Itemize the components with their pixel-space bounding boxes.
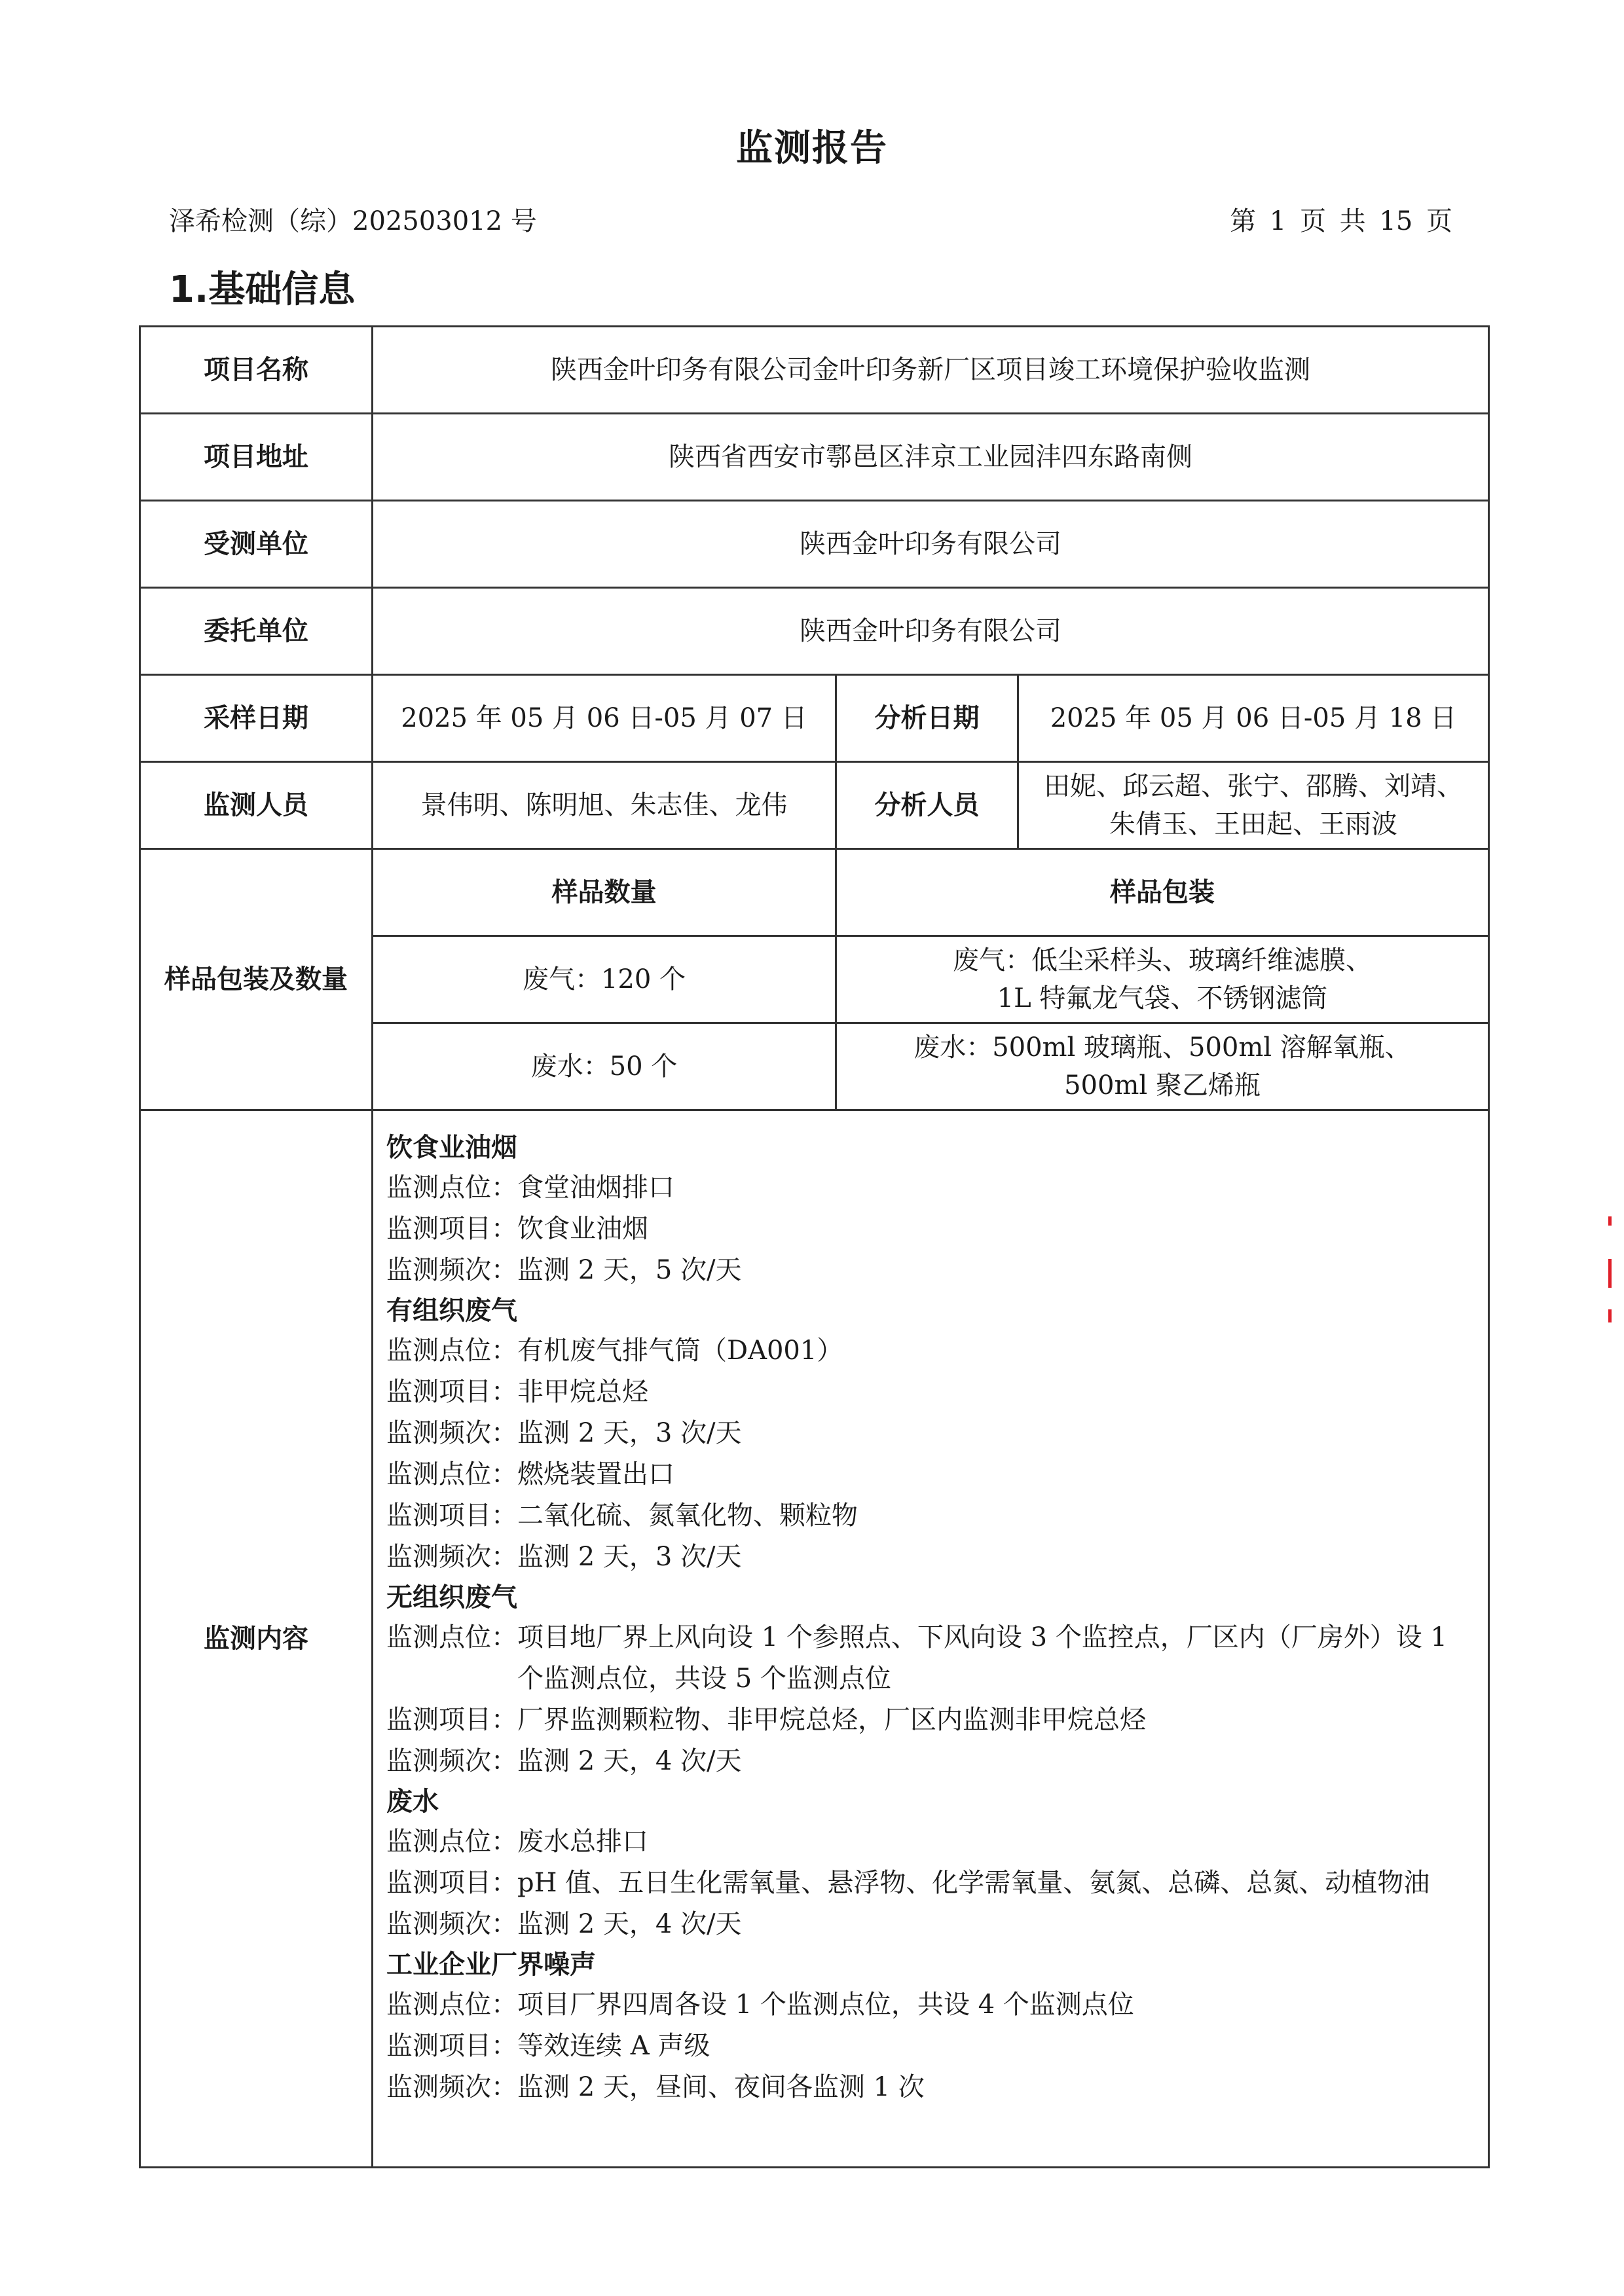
content-line-key: 监测频次： [386,1537,517,1578]
label-monitoring-staff: 监测人员 [140,762,373,849]
row-project-name: 项目名称 陕西金叶印务有限公司金叶印务新厂区项目竣工环境保护验收监测 [140,327,1489,414]
content-line-value: 废水总排口 [517,1821,1475,1863]
sample-gas-quantity: 废气：120 个 [373,936,836,1023]
content-line-key: 监测项目： [386,1495,517,1537]
content-line-key: 监测项目： [386,1209,517,1250]
row-staff: 监测人员 景伟明、陈明旭、朱志佳、龙伟 分析人员 田妮、邱云超、张宁、邵腾、刘靖… [140,762,1489,849]
content-line-key: 监测点位： [386,1617,517,1700]
label-analysis-date: 分析日期 [836,675,1018,762]
content-line-value: 监测 2 天，4 次/天 [517,1741,1475,1782]
content-line: 监测点位：项目地厂界上风向设 1 个参照点、下风向设 3 个监控点，厂区内（厂房… [386,1617,1475,1700]
value-project-address: 陕西省西安市鄠邑区沣京工业园沣四东路南侧 [373,414,1489,501]
value-tested-unit: 陕西金叶印务有限公司 [373,501,1489,588]
content-line-key: 监测频次： [386,1741,517,1782]
content-line: 监测点位：燃烧装置出口 [386,1454,1475,1495]
content-line-value: 二氧化硫、氮氧化物、颗粒物 [517,1495,1475,1537]
sample-water-packaging-line2: 500ml 聚乙烯瓶 [843,1066,1481,1104]
edge-mark [1608,1259,1612,1288]
content-line: 监测频次：监测 2 天，3 次/天 [386,1537,1475,1578]
label-sampling-date: 采样日期 [140,675,373,762]
row-dates: 采样日期 2025 年 05 月 06 日-05 月 07 日 分析日期 202… [140,675,1489,762]
content-line-value: 食堂油烟排口 [517,1167,1475,1209]
content-line-value: 饮食业油烟 [517,1209,1475,1250]
content-line: 监测频次：监测 2 天，3 次/天 [386,1413,1475,1454]
section-heading: 1.基础信息 [169,261,355,313]
label-client-unit: 委托单位 [140,588,373,675]
label-analysis-staff: 分析人员 [836,762,1018,849]
content-line-value: 等效连续 A 声级 [517,2026,1475,2067]
content-line-value: 监测 2 天，昼间、夜间各监测 1 次 [517,2067,1475,2108]
content-groups: 饮食业油烟监测点位：食堂油烟排口监测项目：饮食业油烟监测频次：监测 2 天，5 … [386,1128,1475,2108]
label-project-name: 项目名称 [140,327,373,414]
content-line-key: 监测项目： [386,1700,517,1741]
label-content: 监测内容 [140,1110,373,2168]
row-project-address: 项目地址 陕西省西安市鄠邑区沣京工业园沣四东路南侧 [140,414,1489,501]
edge-mark [1608,1216,1612,1226]
edge-mark [1608,1309,1612,1322]
content-line-key: 监测项目： [386,2026,517,2067]
content-line: 监测项目：非甲烷总烃 [386,1372,1475,1413]
content-line: 监测项目：二氧化硫、氮氧化物、颗粒物 [386,1495,1475,1537]
content-line-value: 燃烧装置出口 [517,1454,1475,1495]
content-line-key: 监测项目： [386,1863,517,1904]
content-line-value: 监测 2 天，3 次/天 [517,1537,1475,1578]
content-line: 监测频次：监测 2 天，5 次/天 [386,1250,1475,1291]
content-line: 监测项目：厂界监测颗粒物、非甲烷总烃，厂区内监测非甲烷总烃 [386,1700,1475,1741]
content-line-value: 监测 2 天，4 次/天 [517,1904,1475,1945]
row-content: 监测内容 饮食业油烟监测点位：食堂油烟排口监测项目：饮食业油烟监测频次：监测 2… [140,1110,1489,2168]
content-group-title: 无组织废气 [386,1578,1475,1617]
content-group-title: 废水 [386,1782,1475,1821]
value-sampling-date: 2025 年 05 月 06 日-05 月 07 日 [373,675,836,762]
value-analysis-date: 2025 年 05 月 06 日-05 月 18 日 [1018,675,1489,762]
analysis-staff-line2: 朱倩玉、王田起、王雨波 [1025,805,1481,843]
content-line-key: 监测频次： [386,1413,517,1454]
content-line-value: 非甲烷总烃 [517,1372,1475,1413]
content-line: 监测项目：pH 值、五日生化需氧量、悬浮物、化学需氧量、氨氮、总磷、总氮、动植物… [386,1863,1475,1904]
content-line: 监测频次：监测 2 天，4 次/天 [386,1904,1475,1945]
value-client-unit: 陕西金叶印务有限公司 [373,588,1489,675]
content-line: 监测频次：监测 2 天，4 次/天 [386,1741,1475,1782]
sample-gas-packaging: 废气：低尘采样头、玻璃纤维滤膜、 1L 特氟龙气袋、不锈钢滤筒 [836,936,1489,1023]
content-line-key: 监测频次： [386,1250,517,1291]
report-title: 监测报告 [0,119,1624,172]
sample-water-packaging: 废水：500ml 玻璃瓶、500ml 溶解氧瓶、 500ml 聚乙烯瓶 [836,1023,1489,1110]
document-number: 泽希检测（综）202503012 号 [169,200,537,238]
content-line-value: 监测 2 天，5 次/天 [517,1250,1475,1291]
value-monitoring-staff: 景伟明、陈明旭、朱志佳、龙伟 [373,762,836,849]
content-line-key: 监测频次： [386,1904,517,1945]
header-sample-packaging: 样品包装 [836,849,1489,936]
content-line-key: 监测点位： [386,1821,517,1863]
content-line-key: 监测项目： [386,1372,517,1413]
content-line-value: 监测 2 天，3 次/天 [517,1413,1475,1454]
content-line-value: 厂界监测颗粒物、非甲烷总烃，厂区内监测非甲烷总烃 [517,1700,1475,1741]
sample-gas-packaging-line2: 1L 特氟龙气袋、不锈钢滤筒 [843,979,1481,1017]
sample-gas-packaging-line1: 废气：低尘采样头、玻璃纤维滤膜、 [843,941,1481,979]
content-cell: 饮食业油烟监测点位：食堂油烟排口监测项目：饮食业油烟监测频次：监测 2 天，5 … [373,1110,1489,2168]
header-sample-quantity: 样品数量 [373,849,836,936]
sample-water-quantity: 废水：50 个 [373,1023,836,1110]
label-samples: 样品包装及数量 [140,849,373,1110]
content-line-key: 监测点位： [386,1984,517,2026]
value-project-name: 陕西金叶印务有限公司金叶印务新厂区项目竣工环境保护验收监测 [373,327,1489,414]
content-group-title: 工业企业厂界噪声 [386,1945,1475,1984]
label-project-address: 项目地址 [140,414,373,501]
basic-info-table: 项目名称 陕西金叶印务有限公司金叶印务新厂区项目竣工环境保护验收监测 项目地址 … [139,325,1490,2168]
content-group-title: 有组织废气 [386,1291,1475,1330]
content-line: 监测频次：监测 2 天，昼间、夜间各监测 1 次 [386,2067,1475,2108]
content-line-value: pH 值、五日生化需氧量、悬浮物、化学需氧量、氨氮、总磷、总氮、动植物油 [517,1863,1475,1904]
content-line: 监测点位：食堂油烟排口 [386,1167,1475,1209]
page-indicator: 第 1 页 共 15 页 [1230,200,1452,238]
content-line: 监测点位：项目厂界四周各设 1 个监测点位，共设 4 个监测点位 [386,1984,1475,2026]
row-tested-unit: 受测单位 陕西金叶印务有限公司 [140,501,1489,588]
row-client-unit: 委托单位 陕西金叶印务有限公司 [140,588,1489,675]
content-line-value: 有机废气排气筒（DA001） [517,1330,1475,1372]
content-line-key: 监测点位： [386,1167,517,1209]
content-line: 监测点位：有机废气排气筒（DA001） [386,1330,1475,1372]
row-samples-header: 样品包装及数量 样品数量 样品包装 [140,849,1489,936]
content-group-title: 饮食业油烟 [386,1128,1475,1167]
sample-water-packaging-line1: 废水：500ml 玻璃瓶、500ml 溶解氧瓶、 [843,1029,1481,1066]
content-line: 监测项目：等效连续 A 声级 [386,2026,1475,2067]
label-tested-unit: 受测单位 [140,501,373,588]
value-analysis-staff: 田妮、邱云超、张宁、邵腾、刘靖、 朱倩玉、王田起、王雨波 [1018,762,1489,849]
content-line-key: 监测频次： [386,2067,517,2108]
analysis-staff-line1: 田妮、邱云超、张宁、邵腾、刘靖、 [1025,767,1481,805]
content-line-key: 监测点位： [386,1330,517,1372]
content-line-value: 项目地厂界上风向设 1 个参照点、下风向设 3 个监控点，厂区内（厂房外）设 1… [517,1617,1475,1700]
content-line-value: 项目厂界四周各设 1 个监测点位，共设 4 个监测点位 [517,1984,1475,2026]
content-line: 监测点位：废水总排口 [386,1821,1475,1863]
content-line-key: 监测点位： [386,1454,517,1495]
content-line: 监测项目：饮食业油烟 [386,1209,1475,1250]
